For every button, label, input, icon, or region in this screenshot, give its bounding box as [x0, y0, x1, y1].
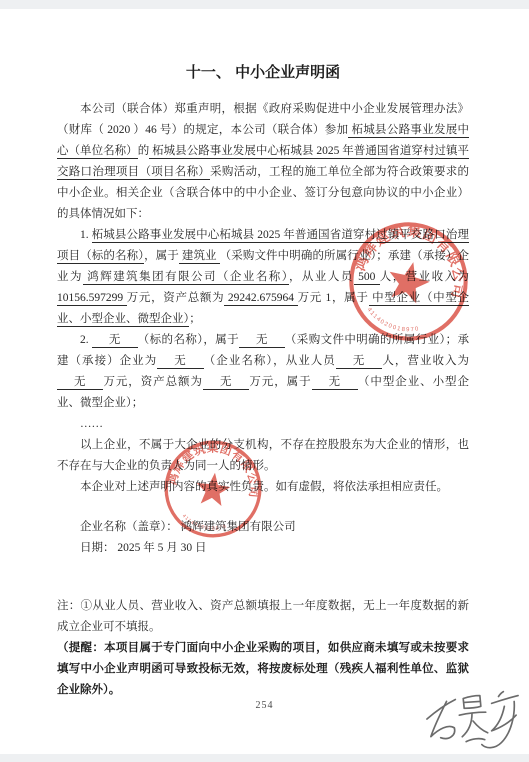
text-run: ，从业人员	[289, 271, 354, 283]
employee-count-filled: 500	[354, 271, 380, 285]
company-seal-line: 企业名称（盖章）： 鸿辉建筑集团有限公司	[57, 517, 469, 538]
revenue-filled: 10156.597299	[57, 292, 127, 306]
handwritten-signature	[424, 688, 522, 756]
document-page: 十一、 中小企业声明函 本公司（联合体）郑重声明，根据《政府采购促进中小企业发展…	[0, 0, 529, 762]
item-number: 2.	[80, 334, 92, 346]
item1-paragraph: 1. 柘城县公路事业发展中心柘城县 2025 年普通国省道穿村过镇平交路口治理项…	[57, 225, 469, 330]
text-run: 万元，资产总额为	[127, 292, 225, 304]
blank-none: 无	[92, 334, 138, 348]
declaration-intro-paragraph: 本公司（联合体）郑重声明，根据《政府采购促进中小企业发展管理办法》（财库（ 20…	[57, 99, 469, 225]
date-line: 日期： 2025 年 5 月 30 日	[57, 538, 469, 559]
text-run: ；	[189, 313, 201, 325]
responsibility-paragraph: 本企业对上述声明内容的真实性负责。如有虚假，将依法承担相应责任。	[57, 477, 469, 498]
text-run: 的	[138, 145, 150, 157]
enterprise-name-filled: 鸿辉建筑集团有限公司（企业名称）	[83, 271, 289, 285]
page-title: 十一、 中小企业声明函	[57, 62, 469, 84]
viewer-page-gap-top	[0, 0, 529, 9]
signature-strokes-icon	[424, 688, 522, 756]
document-body: 十一、 中小企业声明函 本公司（联合体）郑重声明，根据《政府采购促进中小企业发展…	[57, 62, 469, 701]
text-run: 万元，属于	[249, 376, 311, 388]
note-annual-data: 注：①从业人员、营业收入、资产总额填报上一年度数据，无上一年度数据的新成立企业可…	[57, 596, 469, 638]
text-run: ，属于	[144, 250, 179, 262]
blank-none: 无	[312, 376, 358, 390]
total-assets-filled: 29242.675964	[224, 292, 297, 306]
item-number: 1.	[80, 229, 92, 241]
blank-none: 无	[336, 355, 383, 369]
blank-none: 无	[57, 376, 103, 390]
text-run: 人，营业收入为	[382, 355, 469, 367]
text-run: （标的名称），属于	[138, 334, 239, 346]
ellipsis-line: ……	[57, 414, 469, 435]
branch-statement-paragraph: 以上企业，不属于大企业的分支机构，不存在控股股东为大企业的情形，也不存在与大企业…	[57, 435, 469, 477]
text-run: 万元，资产总额为	[103, 376, 203, 388]
blank-none: 无	[203, 376, 249, 390]
text-run: 人，营业收入为	[380, 271, 469, 283]
text-run: 万元 1，属于	[298, 292, 369, 304]
blank-none: 无	[239, 334, 285, 348]
note-reminder-bold: （提醒：本项目属于专门面向中小企业采购的项目，如供应商未填写或未按要求填写中小企…	[57, 638, 469, 701]
notes-block: 注：①从业人员、营业收入、资产总额填报上一年度数据，无上一年度数据的新成立企业可…	[57, 596, 469, 701]
text-run: （企业名称），从业人员	[204, 355, 336, 367]
blank-none: 无	[157, 355, 204, 369]
item2-paragraph: 2. 无（标的名称），属于无（采购文件中明确的所属行业）；承建（承接）企业为无（…	[57, 330, 469, 414]
industry-filled: 建筑业	[179, 250, 220, 264]
